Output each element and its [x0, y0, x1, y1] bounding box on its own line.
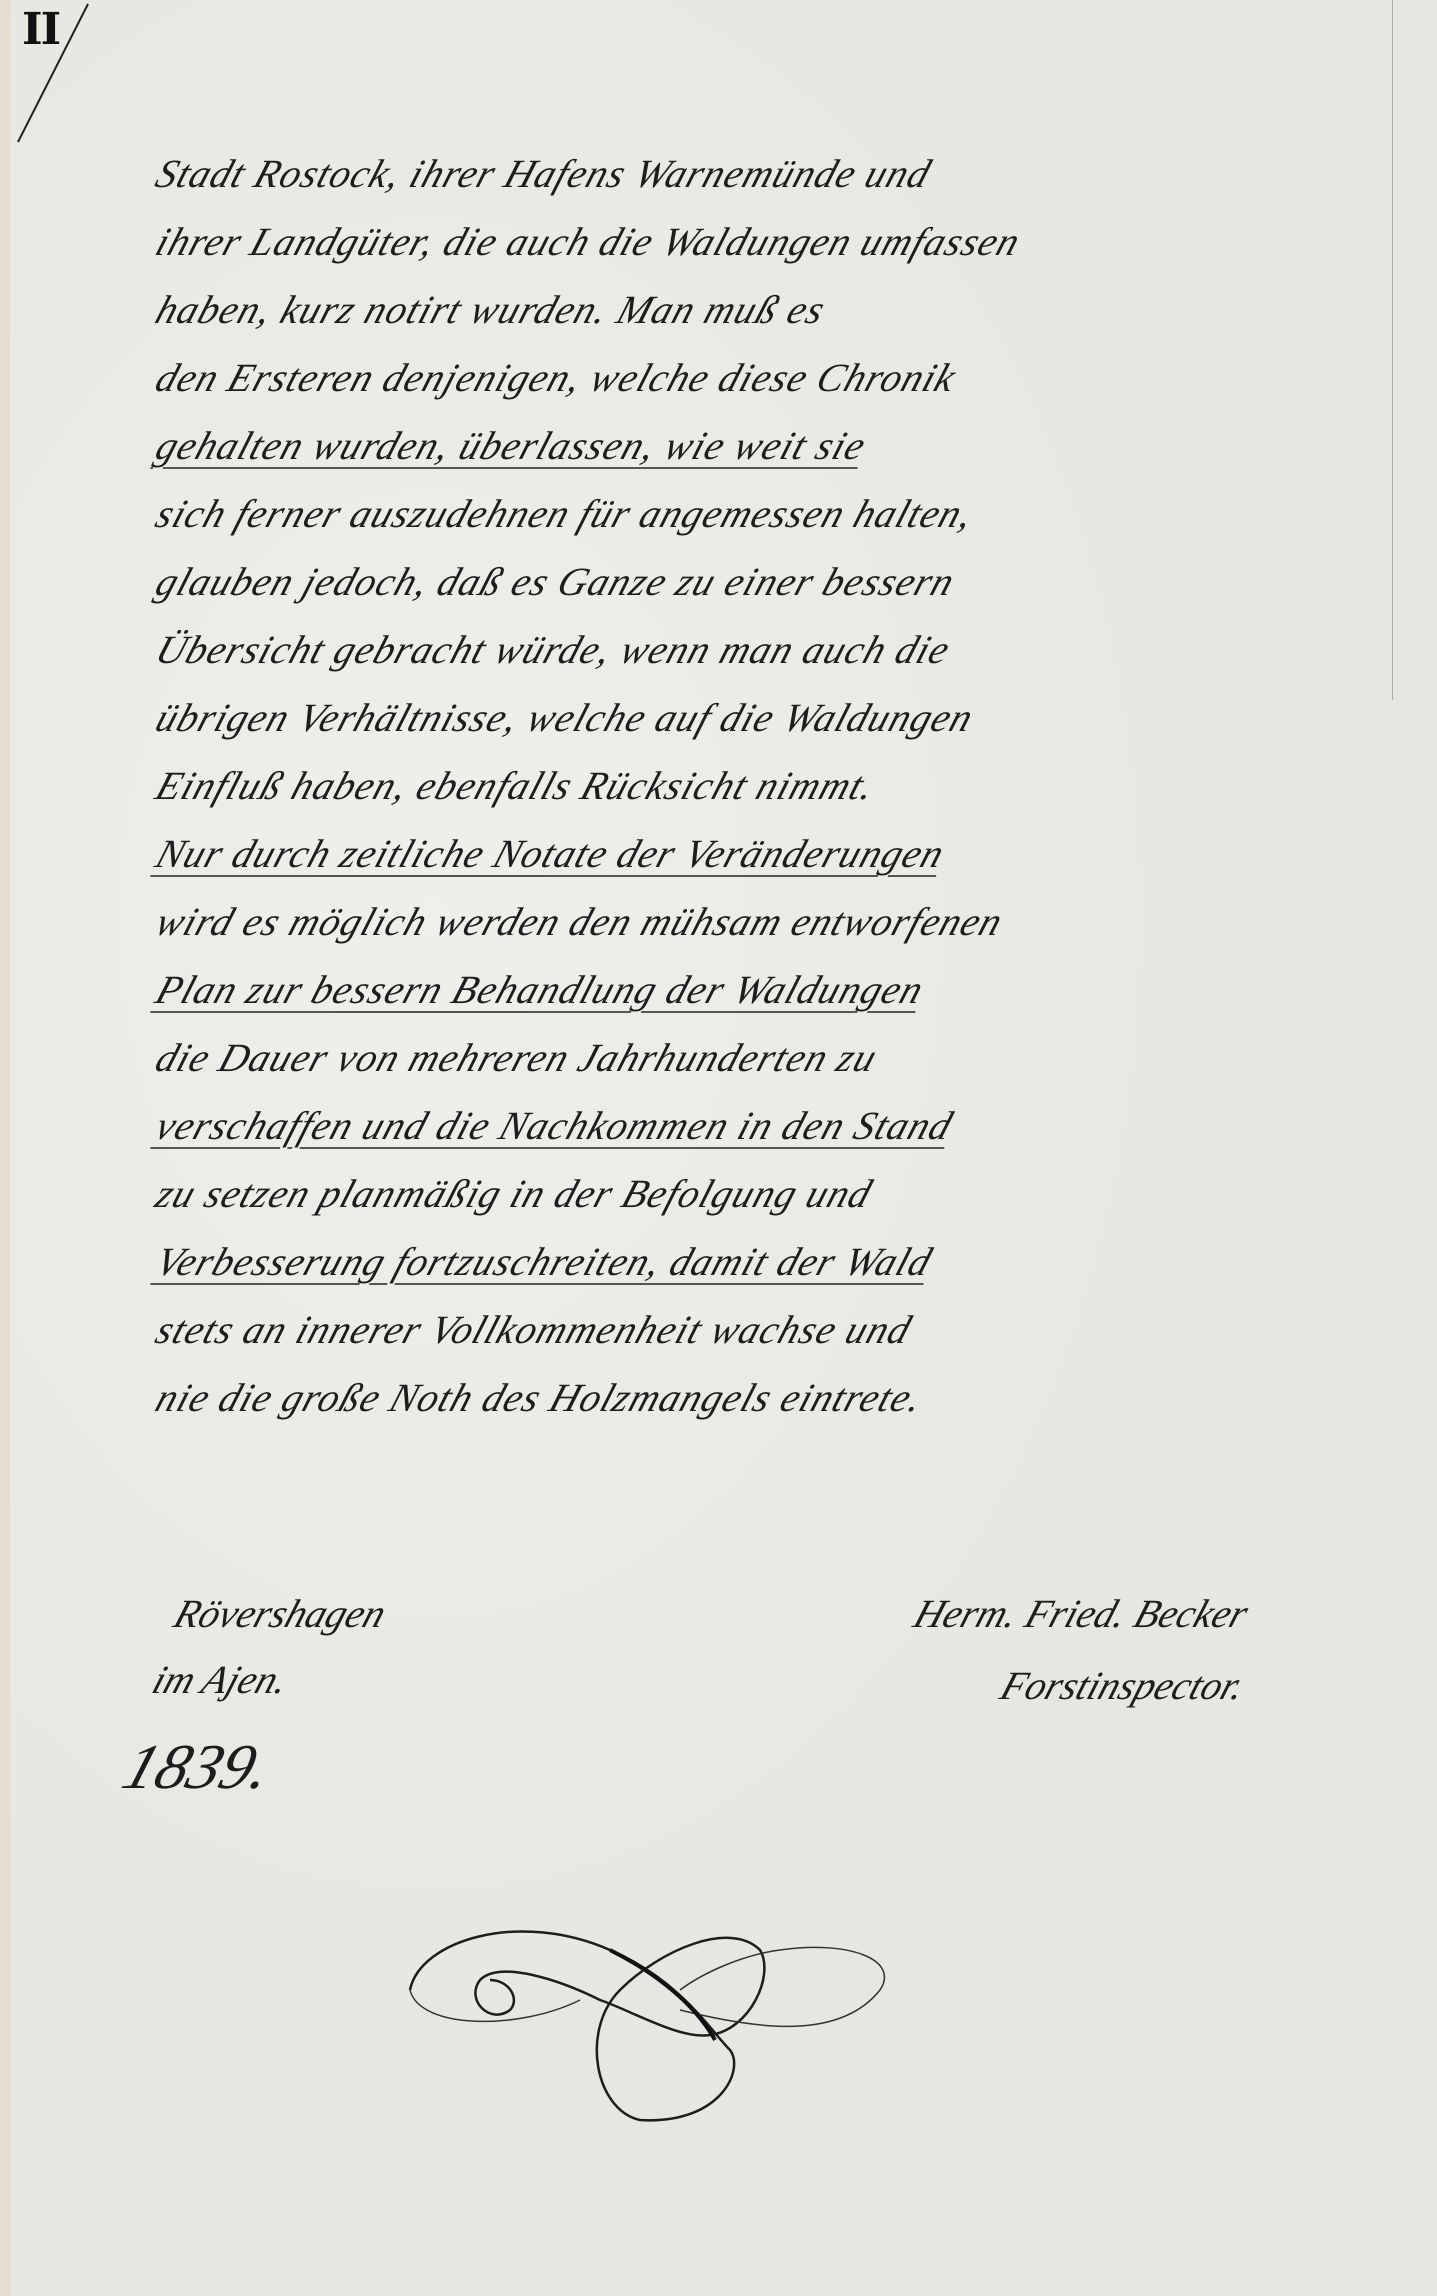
text-line: Übersicht gebracht würde, wenn man auch …	[150, 626, 957, 673]
text-line: zu setzen planmäßig in der Befolgung und	[150, 1170, 879, 1217]
text-line: sich ferner auszudehnen für angemessen h…	[150, 490, 980, 537]
text-line: Stadt Rostock, ihrer Hafens Warnemünde u…	[150, 150, 938, 197]
text-line-underlined: Nur durch zeitliche Notate der Veränderu…	[150, 830, 951, 877]
page-edge	[0, 0, 10, 2296]
calligraphic-flourish-icon	[380, 1880, 940, 2160]
text-line: glauben jedoch, daß es Ganze zu einer be…	[150, 558, 961, 605]
text-line-underlined: verschaffen und die Nachkommen in den St…	[150, 1102, 959, 1149]
manuscript-page: II Stadt Rostock, ihrer Hafens Warnemünd…	[0, 0, 1437, 2296]
place-date-block: Rövershagen im Ajen. 1839.	[117, 1590, 393, 1796]
signatory-title: Forstinspector.	[877, 1662, 1252, 1734]
text-line: wird es möglich werden den mühsam entwor…	[150, 898, 1009, 945]
text-line-underlined: Verbesserung fortzuschreiten, damit der …	[150, 1238, 938, 1285]
text-line: den Ersteren denjenigen, welche diese Ch…	[150, 354, 963, 401]
text-line: nie die große Noth des Holzmangels eintr…	[150, 1374, 930, 1421]
text-line-underlined: gehalten wurden, überlassen, wie weit si…	[150, 422, 872, 469]
diagonal-stroke-icon	[0, 0, 120, 160]
text-line: ihrer Landgüter, die auch die Waldungen …	[150, 218, 1027, 265]
month: im Ajen.	[141, 1656, 371, 1722]
text-line: stets an innerer Vollkommenheit wachse u…	[150, 1306, 918, 1353]
signatory-name: Herm. Fried. Becker	[900, 1590, 1275, 1662]
text-line-underlined: Plan zur bessern Behandlung der Waldunge…	[150, 966, 930, 1013]
margin-rule-line	[1392, 0, 1393, 700]
text-line: übrigen Verhältnisse, welche auf die Wal…	[150, 694, 980, 741]
text-line: Einfluß haben, ebenfalls Rücksicht nimmt…	[150, 762, 882, 809]
text-line: haben, kurz notirt wurden. Man muß es	[150, 286, 832, 333]
text-line: die Dauer von mehreren Jahrhunderten zu	[150, 1034, 884, 1081]
signature-block: Herm. Fried. Becker Forstinspector.	[877, 1590, 1275, 1734]
place-name: Rövershagen	[162, 1590, 392, 1656]
year: 1839.	[117, 1730, 347, 1796]
